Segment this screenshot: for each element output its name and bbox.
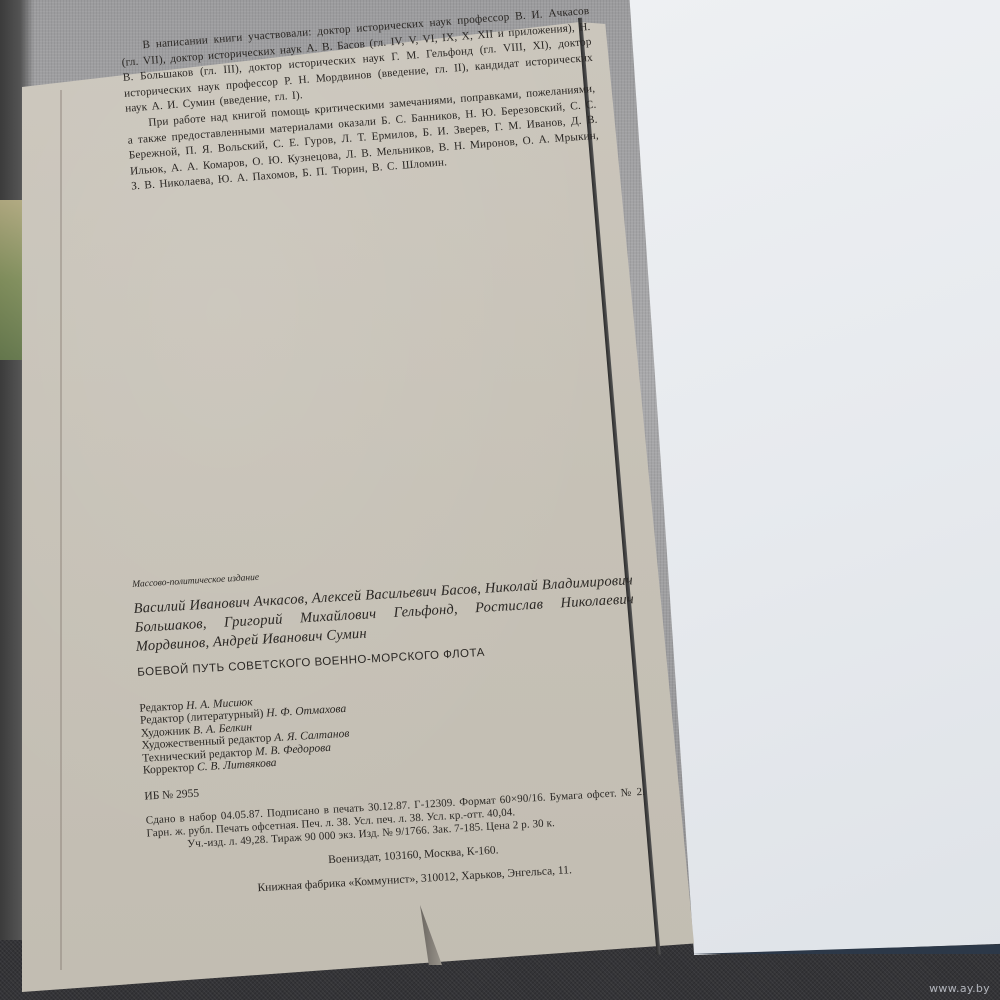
site-watermark: www.ay.by — [929, 982, 990, 995]
editorial-staff: Редактор Н. А. Мисиюк Редактор (литерату… — [139, 674, 642, 777]
staff-role: Корректор — [143, 762, 195, 777]
background-plant-strip — [0, 200, 22, 360]
imprint-block: Массово-политическое издание Василий Ива… — [132, 551, 650, 900]
page-fold-line — [60, 90, 62, 970]
